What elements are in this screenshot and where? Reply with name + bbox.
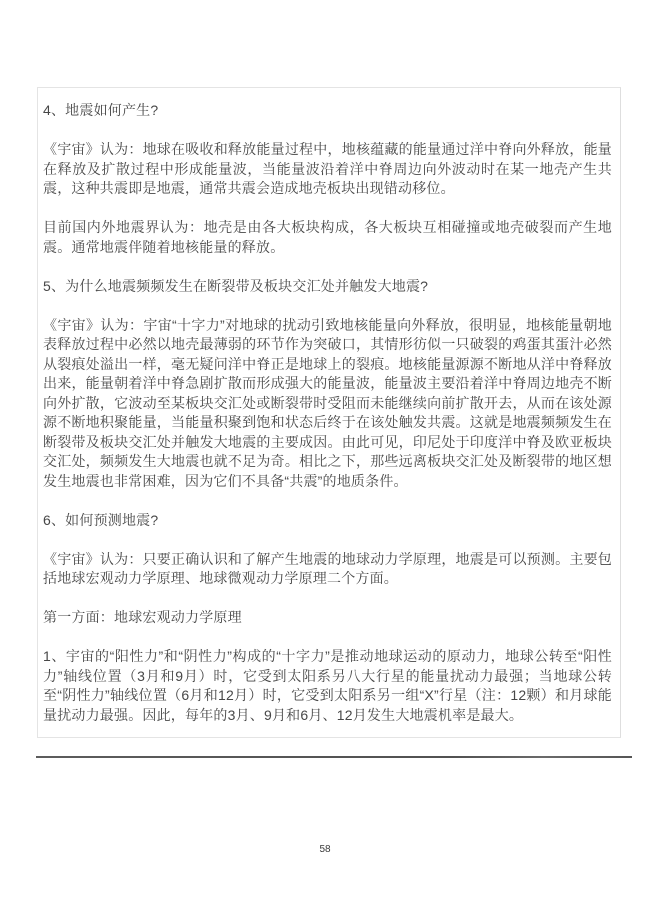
text-content-box: 4、地震如何产生? 《宇宙》认为：地球在吸收和释放能量过程中，地核蕴藏的能量通过… xyxy=(37,87,621,738)
paragraph-mainstream-view: 目前国内外地震界认为：地壳是由各大板块构成，各大板块互相碰撞或地壳破裂而产生地震… xyxy=(43,218,612,257)
subheading-first-aspect: 第一方面：地球宏观动力学原理 xyxy=(43,608,612,628)
document-page: 4、地震如何产生? 《宇宙》认为：地球在吸收和释放能量过程中，地核蕴藏的能量通过… xyxy=(0,0,650,919)
paragraph-universe-view-4: 《宇宙》认为：地球在吸收和释放能量过程中，地核蕴藏的能量通过洋中脊向外释放，能量… xyxy=(43,140,612,199)
paragraph-universe-view-5: 《宇宙》认为：宇宙“十字力”对地球的扰动引致地核能量向外释放，很明显，地核能量朝… xyxy=(43,316,612,492)
question-heading-6: 6、如何预测地震? xyxy=(43,511,612,531)
paragraph-macro-dynamics-1: 1、宇宙的“阳性力”和“阴性力”构成的“十字力”是推动地球运动的原动力，地球公转… xyxy=(43,647,612,725)
question-heading-4: 4、地震如何产生? xyxy=(43,101,612,121)
footer-divider xyxy=(36,756,632,758)
question-heading-5: 5、为什么地震频频发生在断裂带及板块交汇处并触发大地震? xyxy=(43,277,612,297)
paragraph-universe-view-6: 《宇宙》认为：只要正确认识和了解产生地震的地球动力学原理，地震是可以预测。主要包… xyxy=(43,550,612,589)
page-number: 58 xyxy=(0,844,650,855)
